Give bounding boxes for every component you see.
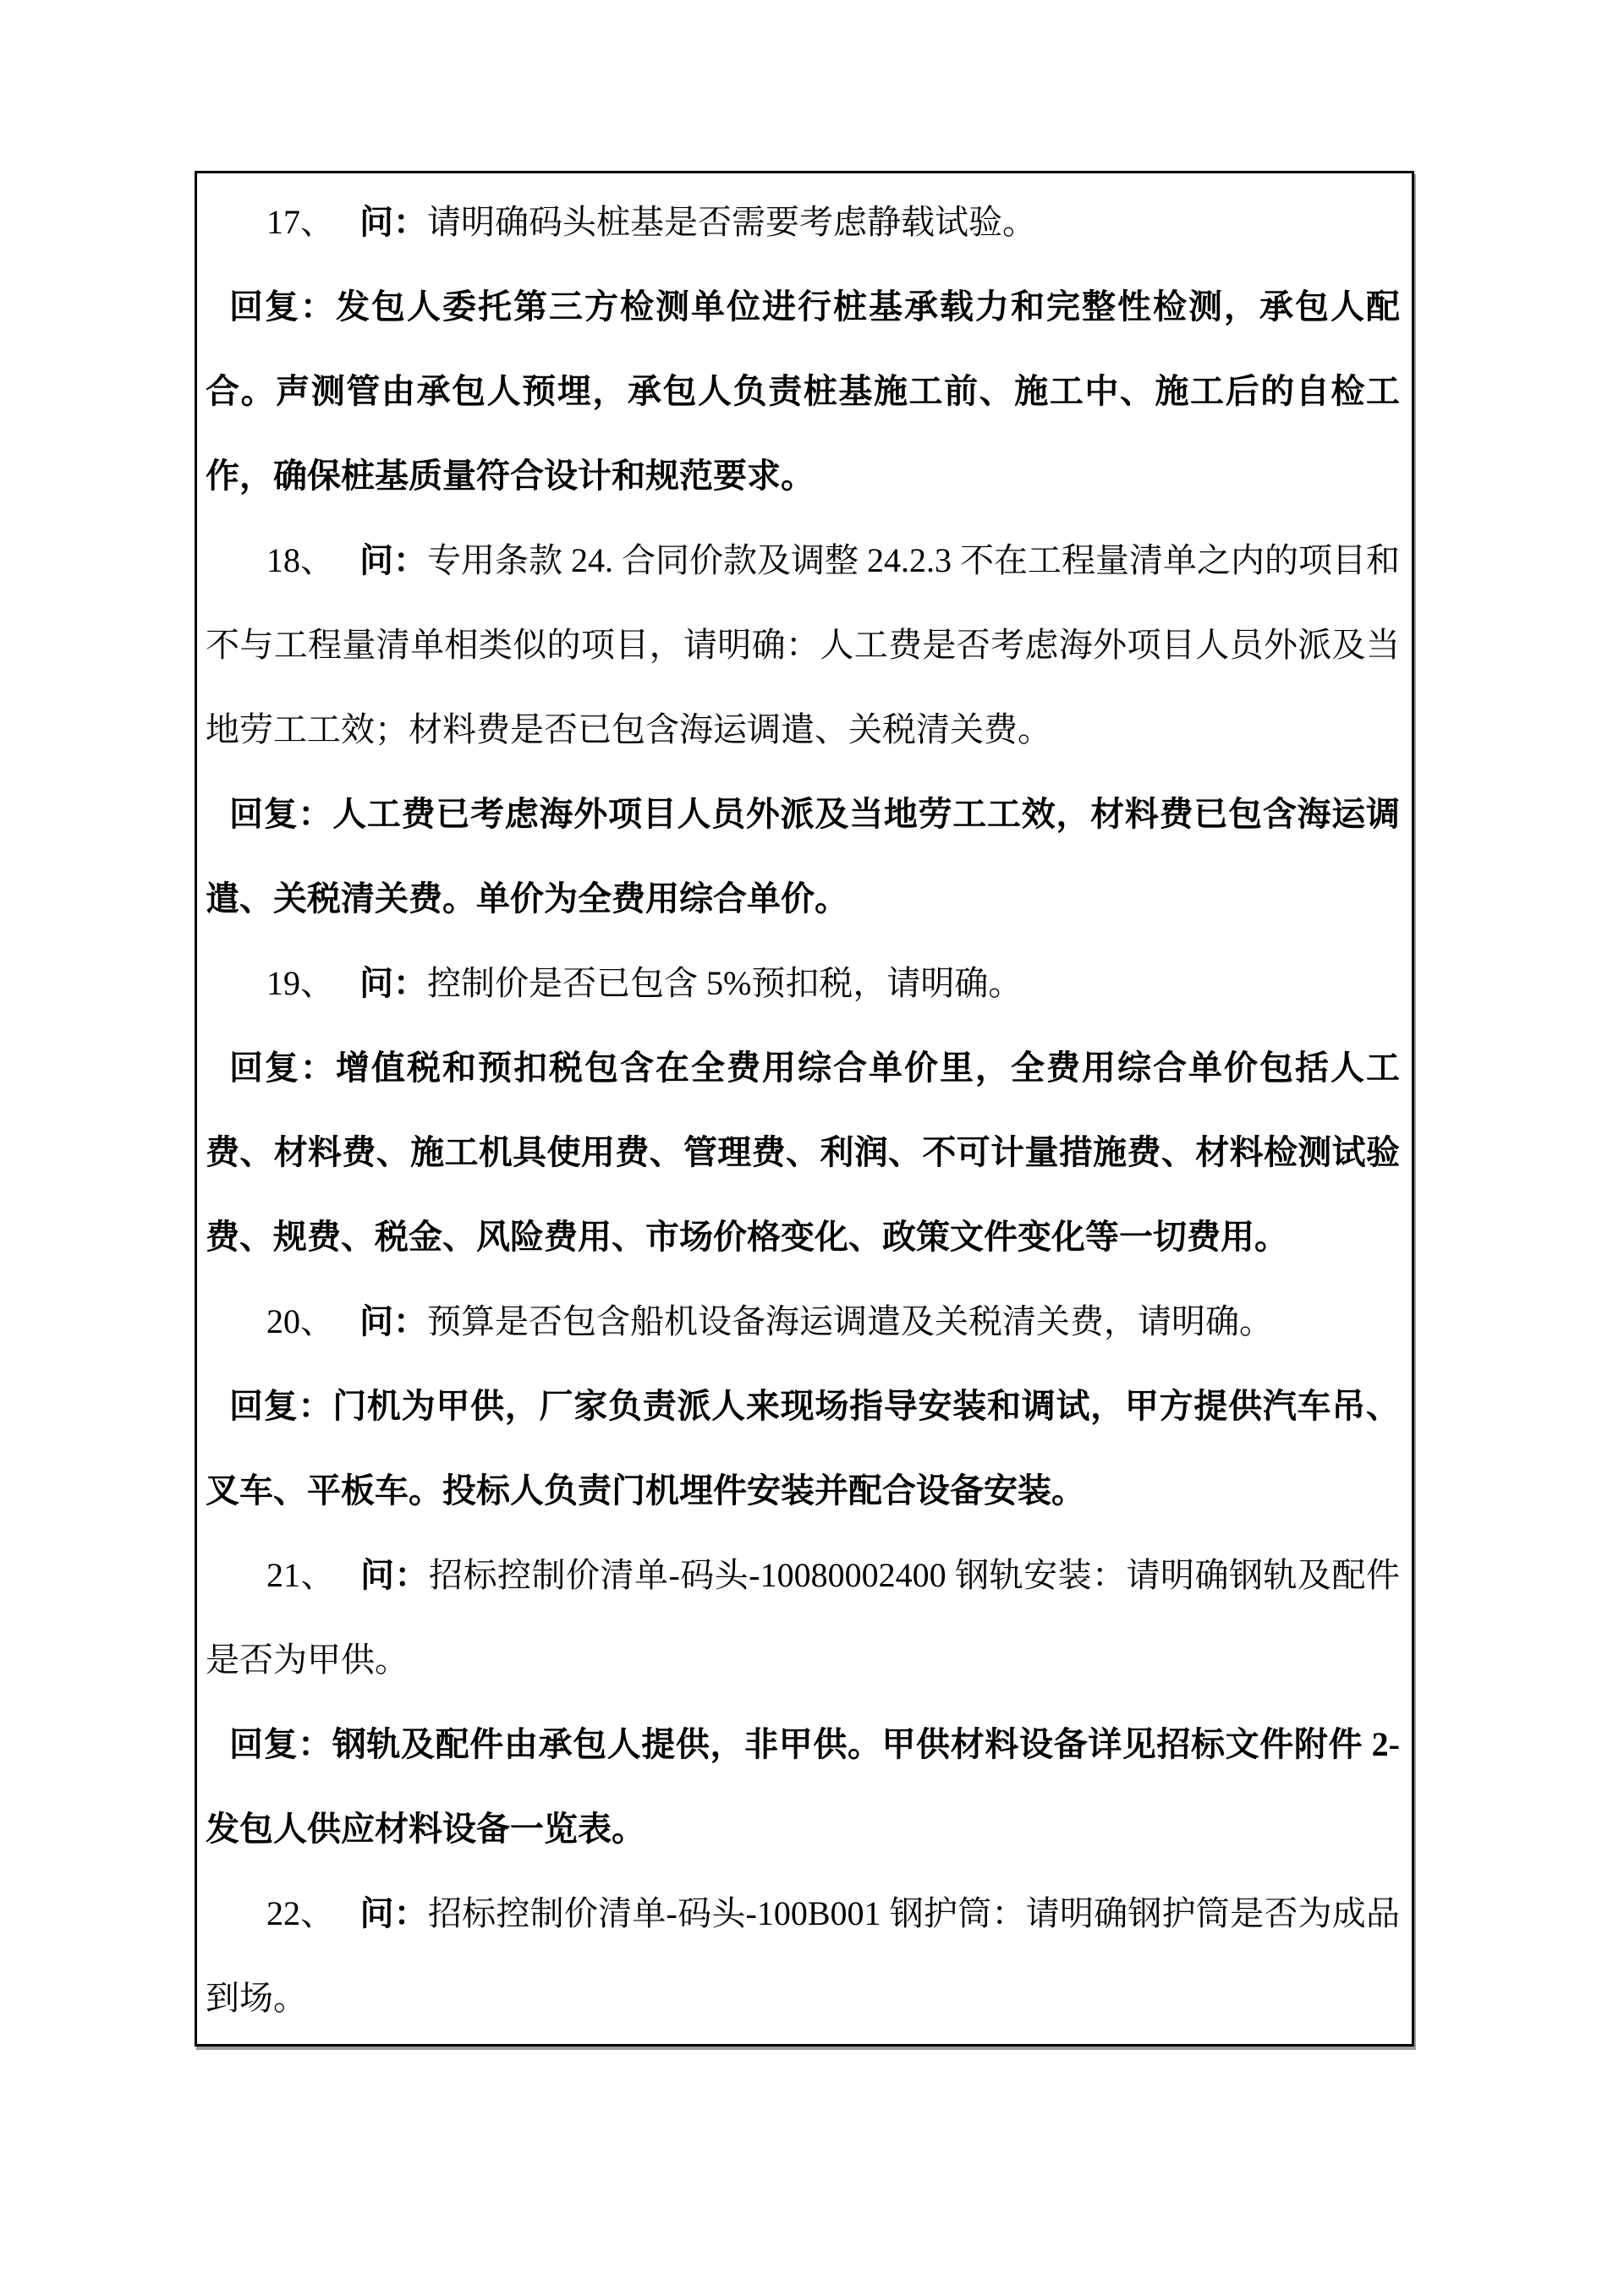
reply-paragraph: 回复：发包人委托第三方检测单位进行桩基承载力和完整性检测，承包人配合。声测管由承… <box>206 265 1400 518</box>
reply-label: 回复： <box>229 795 332 833</box>
qa-item: 22、问：招标控制价清单-码头-100B001 钢护筒：请明确钢护筒是否为成品到… <box>206 1871 1400 2041</box>
reply-text: 钢轨及配件由承包人提供，非甲供。甲供材料设备详见招标文件附件 2-发包人供应材料… <box>206 1725 1400 1848</box>
reply-paragraph: 回复：门机为甲供，厂家负责派人来现场指导安装和调试，甲方提供汽车吊、叉车、平板车… <box>206 1364 1400 1533</box>
reply-label: 回复： <box>229 1725 332 1763</box>
qa-item: 21、问：招标控制价清单-码头-10080002400 钢轨安装：请明确钢轨及配… <box>206 1533 1400 1871</box>
reply-text: 人工费已考虑海外项目人员外派及当地劳工工效，材料费已包含海运调遣、关税清关费。单… <box>206 795 1400 918</box>
question-number: 19、 <box>266 964 334 1002</box>
reply-text: 发包人委托第三方检测单位进行桩基承载力和完整性检测，承包人配合。声测管由承包人预… <box>206 288 1400 495</box>
reply-paragraph: 回复：人工费已考虑海外项目人员外派及当地劳工工效，材料费已包含海运调遣、关税清关… <box>206 772 1400 941</box>
qa-item: 20、问：预算是否包含船机设备海运调遣及关税清关费，请明确。 回复：门机为甲供，… <box>206 1280 1400 1533</box>
question-text: 预算是否包含船机设备海运调遣及关税清关费，请明确。 <box>427 1302 1273 1340</box>
question-paragraph: 18、问：专用条款 24. 合同价款及调整 24.2.3 不在工程量清单之内的项… <box>206 518 1400 772</box>
question-paragraph: 21、问：招标控制价清单-码头-10080002400 钢轨安装：请明确钢轨及配… <box>206 1533 1400 1702</box>
question-number: 17、 <box>266 203 334 241</box>
reply-text: 增值税和预扣税包含在全费用综合单价里，全费用综合单价包括人工费、材料费、施工机具… <box>206 1049 1400 1256</box>
qa-item: 18、问：专用条款 24. 合同价款及调整 24.2.3 不在工程量清单之内的项… <box>206 518 1400 941</box>
question-paragraph: 22、问：招标控制价清单-码头-100B001 钢护筒：请明确钢护筒是否为成品到… <box>206 1871 1400 2041</box>
reply-label: 回复： <box>229 1049 336 1087</box>
question-number: 21、 <box>266 1556 335 1594</box>
reply-label: 回复： <box>229 288 336 326</box>
ask-label: 问： <box>360 1556 429 1594</box>
question-paragraph: 20、问：预算是否包含船机设备海运调遣及关税清关费，请明确。 <box>206 1280 1400 1364</box>
question-text: 请明确码头桩基是否需要考虑静载试验。 <box>427 203 1036 241</box>
ask-label: 问： <box>359 1302 427 1340</box>
ask-label: 问： <box>359 964 427 1002</box>
reply-paragraph: 回复：增值税和预扣税包含在全费用综合单价里，全费用综合单价包括人工费、材料费、施… <box>206 1026 1400 1280</box>
question-number: 22、 <box>266 1894 334 1932</box>
reply-text: 门机为甲供，厂家负责派人来现场指导安装和调试，甲方提供汽车吊、叉车、平板车。投标… <box>206 1387 1400 1510</box>
question-paragraph: 19、问：控制价是否已包含 5%预扣税，请明确。 <box>206 941 1400 1026</box>
question-text: 控制价是否已包含 5%预扣税，请明确。 <box>427 964 1022 1002</box>
qa-item: 17、问：请明确码头桩基是否需要考虑静载试验。 回复：发包人委托第三方检测单位进… <box>206 180 1400 518</box>
question-paragraph: 17、问：请明确码头桩基是否需要考虑静载试验。 <box>206 180 1400 265</box>
reply-paragraph: 回复：钢轨及配件由承包人提供，非甲供。甲供材料设备详见招标文件附件 2-发包人供… <box>206 1702 1400 1871</box>
question-number: 20、 <box>266 1302 334 1340</box>
ask-label: 问： <box>359 203 427 241</box>
qa-item: 19、问：控制价是否已包含 5%预扣税，请明确。 回复：增值税和预扣税包含在全费… <box>206 941 1400 1280</box>
ask-label: 问： <box>359 1894 427 1932</box>
qa-border-box: 17、问：请明确码头桩基是否需要考虑静载试验。 回复：发包人委托第三方检测单位进… <box>195 171 1414 2047</box>
reply-label: 回复： <box>229 1387 332 1425</box>
ask-label: 问： <box>359 541 427 579</box>
question-number: 18、 <box>266 541 334 579</box>
qa-list: 17、问：请明确码头桩基是否需要考虑静载试验。 回复：发包人委托第三方检测单位进… <box>206 180 1400 2041</box>
